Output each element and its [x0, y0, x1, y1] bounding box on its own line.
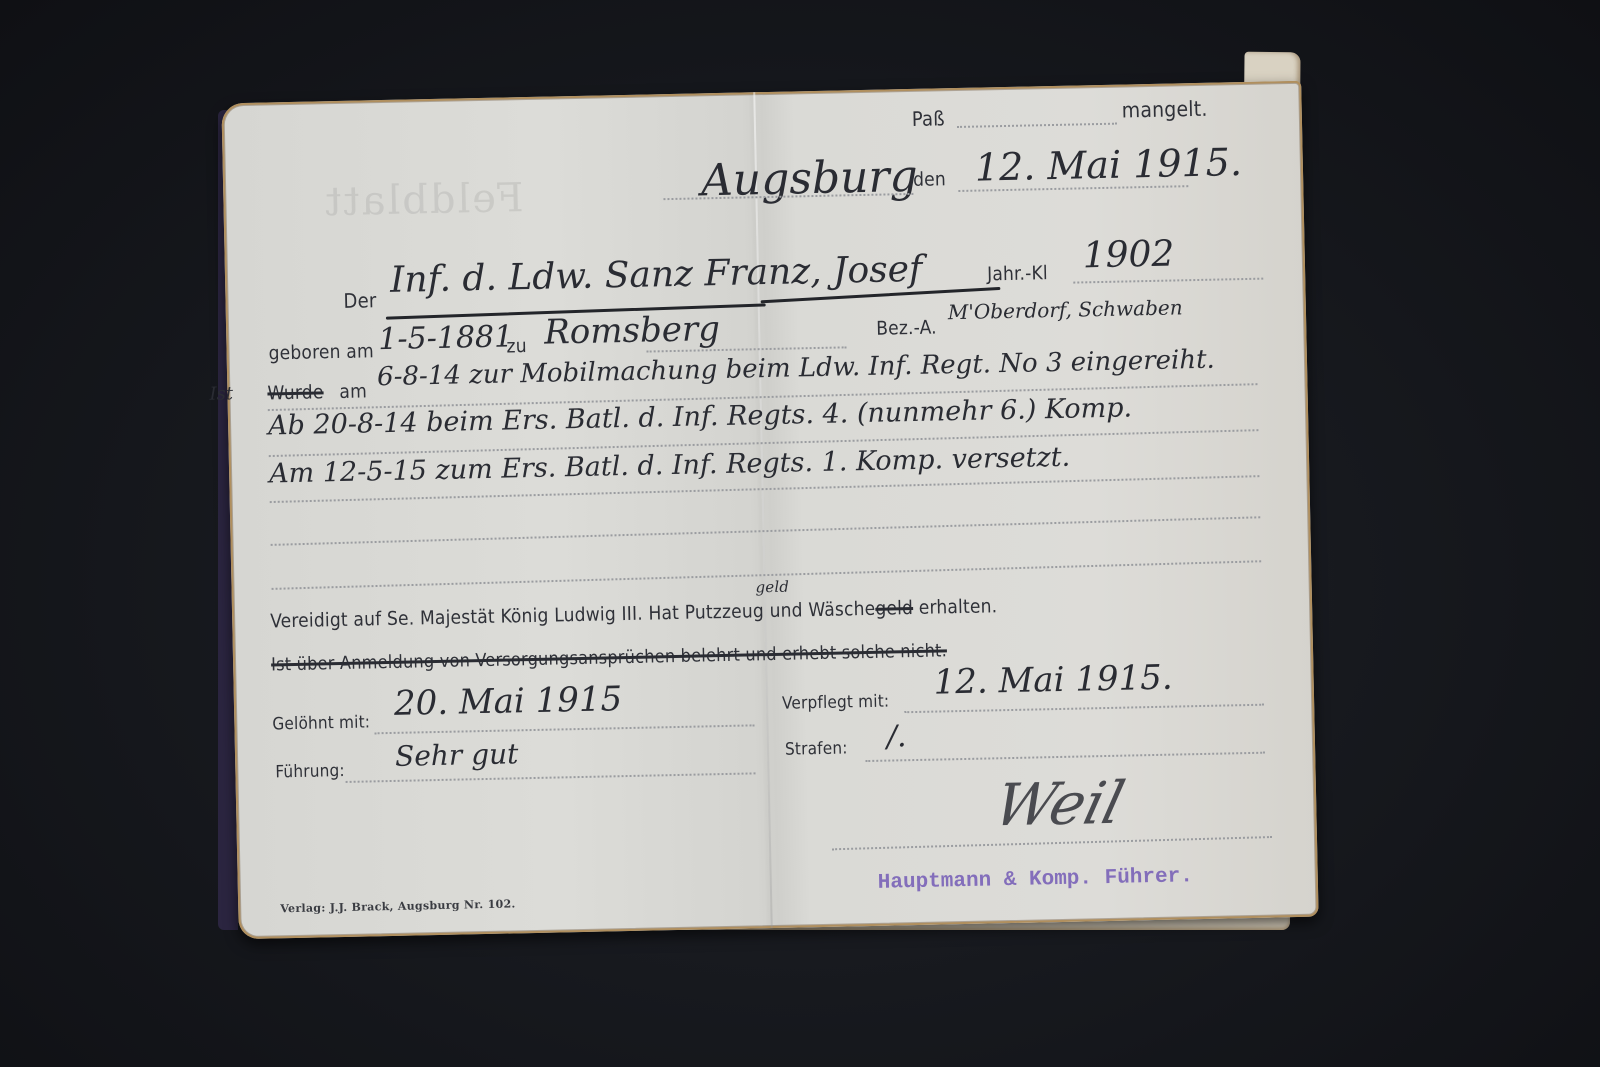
oath-text-part2: und Wäsche [764, 598, 876, 622]
rank-stamp: Hauptmann & Komp. Führer. [878, 865, 1193, 895]
date-handwritten: 12. Mai 1915. [974, 140, 1242, 190]
blank-dotted-line-1 [271, 516, 1261, 546]
jahrkl-dotted-line [1073, 278, 1263, 284]
der-label: Der [343, 288, 376, 313]
penalties-value: /. [886, 719, 906, 754]
photo-scene: Feldblatt Paß mangelt. Augsburg den 12. … [0, 0, 1600, 1067]
oath-line: Vereidigt auf Se. Majestät König Ludwig … [270, 595, 998, 632]
commander-signature: Weil [988, 768, 1131, 839]
military-paybook-page: Feldblatt Paß mangelt. Augsburg den 12. … [221, 81, 1318, 939]
publisher-imprint: Verlag: J.J. Brack, Augsburg Nr. 102. [280, 897, 516, 915]
born-date: 1-5-1881 [378, 319, 514, 357]
jahrkl-label: Jahr.-Kl [987, 262, 1048, 285]
penalties-dotted-line [865, 752, 1265, 762]
born-label: geboren am [268, 340, 374, 364]
bez-value: M'Oberdorf, Schwaben [948, 295, 1183, 324]
wurde-struck: Wurde [267, 381, 324, 404]
soldier-rank-name: Inf. d. Ldw. Sanz Franz, Josef [390, 249, 923, 301]
bleedthrough-title: Feldblatt [323, 175, 524, 225]
pension-struck-line: Ist über Anmeldung von Versorgungsansprü… [271, 640, 947, 675]
fed-value: 12. Mai 1915. [933, 658, 1173, 703]
center-fold [753, 92, 773, 928]
conduct-dotted-line [346, 772, 756, 783]
oath-text-part1: Vereidigt auf Se. Majestät König Ludwig … [270, 600, 764, 632]
oath-struck-word: geld [875, 597, 913, 620]
born-place: Romsberg [544, 309, 720, 353]
bez-label: Bez.-A. [876, 316, 937, 339]
conduct-value: Sehr gut [395, 737, 519, 773]
fed-dotted-line [904, 704, 1264, 714]
oath-insert-above: geld [755, 578, 789, 597]
den-label: den [913, 168, 946, 191]
conduct-label: Führung: [275, 761, 345, 782]
passport-suffix: mangelt. [1121, 97, 1207, 123]
passport-dotted-line [957, 123, 1117, 128]
penalties-label: Strafen: [785, 738, 848, 759]
paid-dotted-line [375, 724, 755, 734]
jahrkl-value: 1902 [1082, 233, 1174, 276]
born-zu-label: zu [506, 335, 527, 357]
paid-label: Gelöhnt mit: [272, 712, 370, 734]
oath-text-part3: erhalten. [913, 595, 998, 619]
fed-label: Verpflegt mit: [782, 692, 890, 714]
passport-label: Paß [912, 106, 945, 131]
paid-value: 20. Mai 1915 [394, 679, 623, 724]
am-label: am [339, 380, 367, 403]
margin-note: Ist [209, 383, 233, 404]
